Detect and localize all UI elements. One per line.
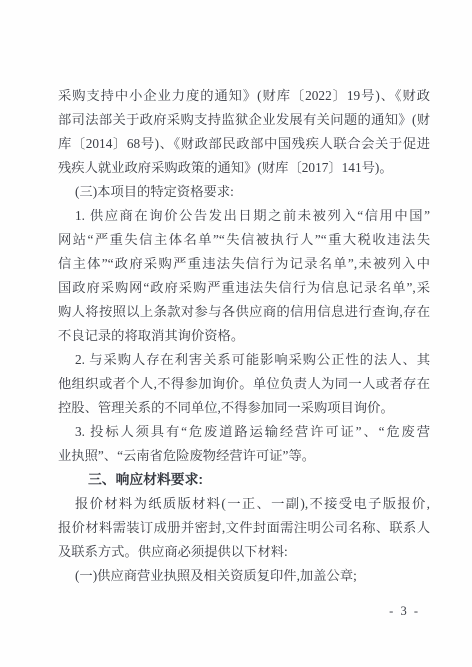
text-line: 网站“严重失信主体名单”“失信被执行人”“重大税收违法失 (58, 228, 430, 252)
text-line: 1. 供应商在询价公告发出日期之前未被列入“信用中国” (58, 204, 430, 228)
text-line: 控股、管理关系的不同单位,不得参加同一采购项目询价。 (58, 396, 430, 420)
text-line: (三)本项目的特定资格要求: (58, 180, 430, 204)
text-line: 他组织或者个人,不得参加询价。单位负责人为同一人或者存在 (58, 372, 430, 396)
text-line: 及联系方式。供应商必须提供以下材料: (58, 540, 430, 564)
text-line: 残疾人就业政府采购政策的通知》(财库〔2017〕141号)。 (58, 156, 430, 180)
text-line: 库〔2014〕68号)、《财政部民政部中国残疾人联合会关于促进 (58, 132, 430, 156)
text-line: 部司法部关于政府采购支持监狱企业发展有关问题的通知》(财 (58, 108, 430, 132)
text-line: 购人将按照以上条款对参与各供应商的信用信息进行查询,存在 (58, 300, 430, 324)
text-line: 采购支持中小企业力度的通知》(财库〔2022〕19号)、《财政 (58, 84, 430, 108)
text-line: 2. 与采购人存在利害关系可能影响采购公正性的法人、其 (58, 348, 430, 372)
page-number: - 3 - (389, 604, 420, 619)
text-line: 业执照”、“云南省危险废物经营许可证”等。 (58, 444, 430, 468)
text-line: 三、响应材料要求: (58, 468, 430, 492)
text-line: 报价材料为纸质版材料(一正、一副),不接受电子版报价, (58, 492, 430, 516)
text-line: 信主体”“政府采购严重违法失信行为记录名单”,未被列入中 (58, 252, 430, 276)
text-line: 国政府采购网“政府采购严重违法失信行为信息记录名单”,采 (58, 276, 430, 300)
document-body: 采购支持中小企业力度的通知》(财库〔2022〕19号)、《财政部司法部关于政府采… (58, 84, 430, 588)
text-line: 3. 投标人须具有“危废道路运输经营许可证”、“危废营 (58, 420, 430, 444)
text-line: (一)供应商营业执照及相关资质复印件,加盖公章; (58, 564, 430, 588)
text-line: 不良记录的将取消其询价资格。 (58, 324, 430, 348)
document-page: 采购支持中小企业力度的通知》(财库〔2022〕19号)、《财政部司法部关于政府采… (0, 0, 472, 667)
text-line: 报价材料需装订成册并密封,文件封面需注明公司名称、联系人 (58, 516, 430, 540)
